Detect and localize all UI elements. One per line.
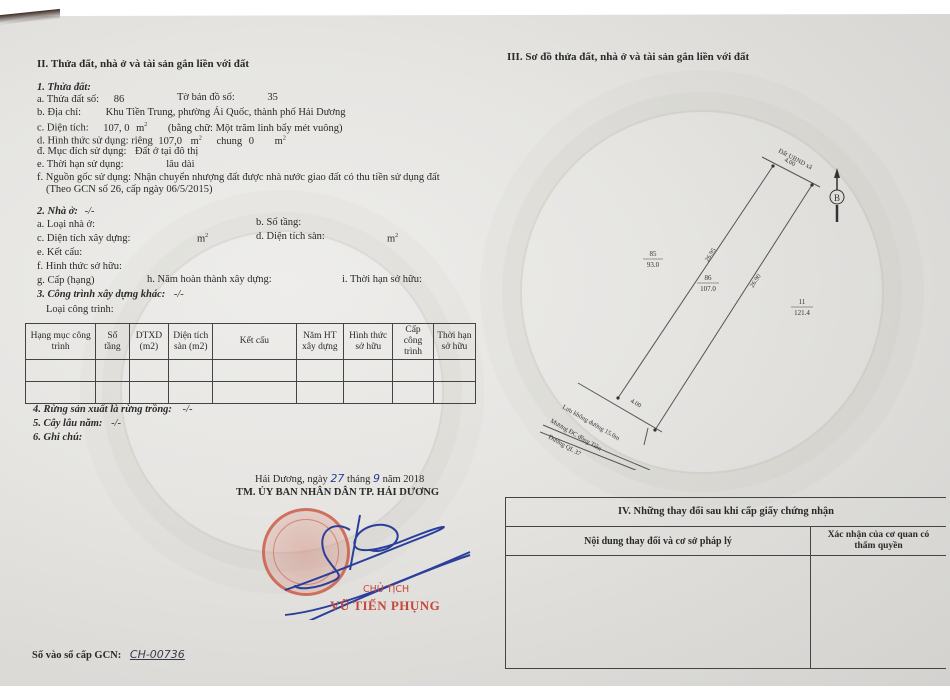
year-label: năm 2018: [383, 474, 425, 485]
floor-area-unit: m2: [387, 230, 398, 246]
house-type-label: a. Loại nhà ở:: [37, 218, 95, 231]
house-floors-label: b. Số tầng:: [256, 216, 301, 229]
table-row: [26, 382, 476, 404]
purpose-value: Đất ở tại đô thị: [135, 146, 198, 157]
floor-area-label: d. Diện tích sàn:: [256, 230, 325, 243]
purpose-label: đ. Mục đích sử dụng:: [37, 146, 126, 157]
registry-row: Số vào sổ cấp GCN: CH-00736: [32, 648, 185, 662]
table-cell: [26, 360, 96, 382]
column-header: Năm HT xây dựng: [296, 324, 344, 360]
map-sheet-label: Tờ bản đồ số:: [177, 92, 235, 103]
registry-number: CH-00736: [130, 648, 185, 661]
parcel-diagram: Đất UBND xã 4.00 26.95 26.90 4.00 Lưu kh…: [540, 140, 860, 470]
parcel-86-id: 86: [705, 274, 713, 282]
table-row: [26, 360, 476, 382]
changes-content-header: Nội dung thay đổi và cơ sở pháp lý: [506, 527, 810, 556]
signature-day: 27: [330, 472, 344, 485]
other-works-value: -/-: [174, 289, 184, 300]
signature-month: 9: [373, 472, 380, 485]
column-header: Diện tích sàn (m2): [169, 324, 213, 360]
section-4-title: IV. Những thay đổi sau khi cấp giấy chứn…: [506, 498, 946, 527]
parcel-11-id: 11: [799, 298, 806, 306]
table-cell: [393, 382, 433, 404]
parcel-85-id: 85: [650, 250, 658, 258]
build-area-unit: m2: [197, 230, 208, 246]
parcel-11-area: 121.4: [794, 309, 810, 317]
month-label: tháng: [347, 474, 370, 485]
grade-label: g. Cấp (hạng): [37, 274, 94, 287]
table-cell: [344, 360, 393, 382]
term-value: lâu dài: [166, 159, 194, 170]
column-header: Cấp công trình: [393, 324, 433, 360]
section-3-title: III. Sơ đồ thửa đất, nhà ở và tài sản gắ…: [507, 51, 749, 63]
structure-label: e. Kết cấu:: [37, 246, 82, 259]
parcel-number-label: a. Thửa đất số:: [37, 94, 99, 105]
term-label: e. Thời hạn sử dụng:: [37, 159, 124, 170]
completion-year-label: h. Năm hoàn thành xây dựng:: [147, 273, 272, 286]
address-value: Khu Tiền Trung, phường Ái Quốc, thành ph…: [106, 107, 346, 118]
column-header: Hạng mục công trình: [26, 324, 96, 360]
table-cell: [296, 382, 344, 404]
signer-name: VŨ TIẾN PHỤNG: [330, 598, 440, 614]
column-header: Số tầng: [96, 324, 129, 360]
table-cell: [96, 360, 129, 382]
table-cell: [169, 382, 213, 404]
changes-confirm-header: Xác nhận của cơ quan có thẩm quyền: [811, 527, 946, 556]
house-heading-row: 2. Nhà ở: -/-: [37, 205, 94, 218]
ownership-term-label: i. Thời hạn sở hữu:: [342, 273, 422, 286]
forest-row: 4. Rừng sản xuất là rừng trồng: -/-: [33, 403, 192, 416]
column-header: Thời hạn sở hữu: [433, 324, 475, 360]
north-label: B: [834, 193, 840, 203]
origin-value: Nhận chuyển nhượng đất được nhà nước gia…: [134, 172, 440, 183]
work-type-label: Loại công trình:: [46, 303, 114, 316]
north-arrow-icon: B: [830, 168, 844, 222]
registry-label: Số vào sổ cấp GCN:: [32, 650, 121, 661]
build-area-label: c. Diện tích xây dựng:: [37, 232, 130, 245]
column-header: DTXD (m2): [129, 324, 169, 360]
changes-confirm-column: Xác nhận của cơ quan có thẩm quyền: [811, 527, 946, 668]
house-heading: 2. Nhà ở:: [37, 206, 78, 217]
table-cell: [393, 360, 433, 382]
forest-value: -/-: [183, 404, 193, 415]
other-works-heading-row: 3. Công trình xây dựng khác: -/-: [37, 288, 184, 301]
right-edge-length: 26.90: [749, 273, 763, 289]
section-2-title: II. Thửa đất, nhà ở và tài sản gắn liền …: [37, 58, 249, 70]
column-header: Hình thức sở hữu: [344, 324, 393, 360]
address-label: b. Địa chỉ:: [37, 107, 81, 118]
table-cell: [433, 382, 475, 404]
changes-table: IV. Những thay đổi sau khi cấp giấy chứn…: [505, 497, 946, 669]
table-cell: [129, 360, 169, 382]
left-edge-length: 26.95: [704, 247, 718, 263]
parcel-number: 86: [114, 94, 125, 105]
other-works-table: Hạng mục công trìnhSố tầngDTXD (m2)Diện …: [25, 323, 476, 404]
table-cell: [433, 360, 475, 382]
table-cell: [344, 382, 393, 404]
parcel-number-row: a. Thửa đất số: 86: [37, 93, 124, 106]
perennial-label: 5. Cây lâu năm:: [33, 418, 102, 429]
origin-reference: (Theo GCN số 26, cấp ngày 06/5/2015): [46, 183, 213, 196]
forest-label: 4. Rừng sản xuất là rừng trồng:: [33, 404, 172, 415]
term-row: e. Thời hạn sử dụng: lâu dài: [37, 158, 195, 171]
table-cell: [129, 382, 169, 404]
place-date: Hải Dương, ngày 27 tháng 9 năm 2018: [255, 472, 424, 486]
place-date-label: Hải Dương, ngày: [255, 474, 328, 485]
usage-common-value: 0: [249, 136, 254, 147]
map-sheet-row: Tờ bản đồ số: 35: [177, 91, 278, 104]
changes-content-column: Nội dung thay đổi và cơ sở pháp lý: [506, 527, 811, 668]
parcel-85-area: 93.0: [647, 261, 660, 269]
perennial-row: 5. Cây lâu năm: -/-: [33, 417, 121, 430]
chairman-title: CHỦ TỊCH: [363, 584, 409, 595]
column-header: Kết cấu: [213, 324, 296, 360]
purpose-row: đ. Mục đích sử dụng: Đất ở tại đô thị: [37, 145, 198, 158]
parcel-86-area: 107.0: [700, 285, 716, 293]
table-cell: [296, 360, 344, 382]
table-cell: [96, 382, 129, 404]
house-value: -/-: [85, 206, 95, 217]
ownership-label: f. Hình thức sở hữu:: [37, 260, 122, 273]
origin-label: f. Nguồn gốc sử dụng:: [37, 172, 131, 183]
usage-common-label: chung: [216, 136, 242, 147]
address-row: b. Địa chỉ: Khu Tiền Trung, phường Ái Qu…: [37, 106, 345, 119]
issuing-authority: TM. ỦY BAN NHÂN DÂN TP. HẢI DƯƠNG: [236, 486, 439, 499]
table-cell: [213, 382, 296, 404]
table-cell: [169, 360, 213, 382]
map-sheet-number: 35: [267, 92, 278, 103]
other-works-heading: 3. Công trình xây dựng khác:: [37, 289, 165, 300]
table-cell: [26, 382, 96, 404]
notes-label: 6. Ghi chú:: [33, 431, 82, 444]
perennial-value: -/-: [111, 418, 121, 429]
bottom-edge-length: 4.00: [629, 398, 642, 410]
table-cell: [213, 360, 296, 382]
